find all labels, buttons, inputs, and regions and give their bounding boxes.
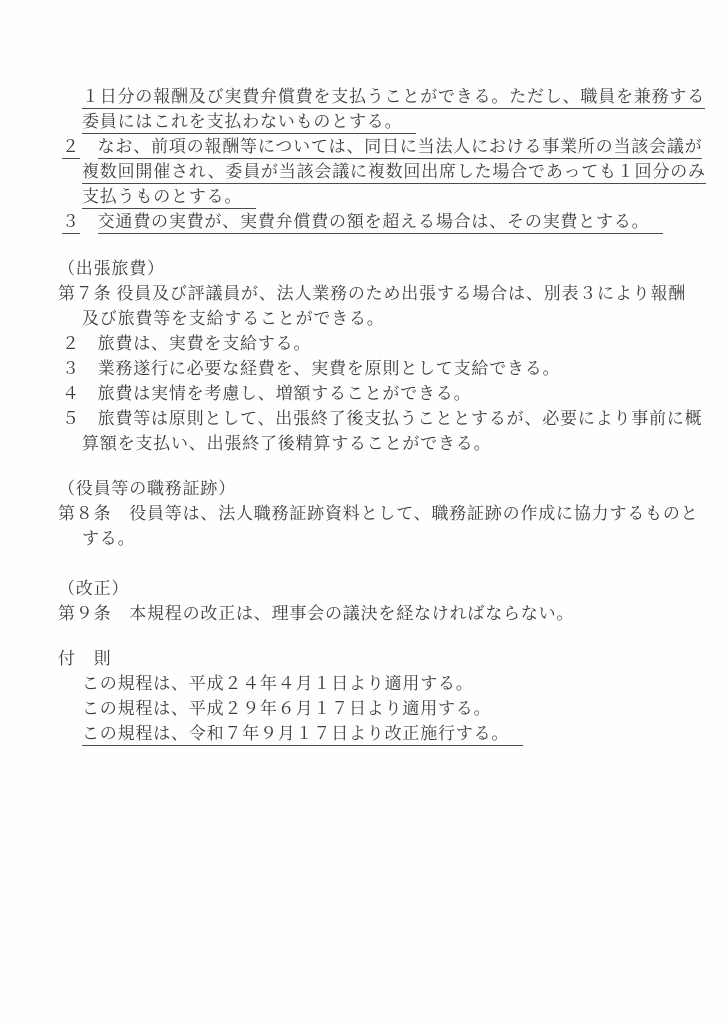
line-text: 支払うものとする。 <box>82 187 256 209</box>
clause-fee-payment-underlined: １日分の報酬及び実費弁償費を支払うことができる。ただし、職員を兼務する委員にはこ… <box>0 84 725 234</box>
line-text: ５ 旅費等は原則として、出張終了後支払うこととするが、必要により事前に概 <box>62 409 702 428</box>
text-line: ３ 業務遂行に必要な経費を、実費を原則として支給できる。 <box>62 356 725 381</box>
item-number-spacer <box>80 212 98 231</box>
line-text: 委員にはこれを支払わないものとする。 <box>82 112 416 134</box>
supplementary-provisions: 付 則この規程は、平成２４年４月１日より適用する。この規程は、平成２９年６月１７… <box>0 646 725 746</box>
line-text: １日分の報酬及び実費弁償費を支払うことができる。ただし、職員を兼務する <box>82 87 705 109</box>
text-line: ５ 旅費等は原則として、出張終了後支払うこととするが、必要により事前に概 <box>62 406 725 431</box>
text-line: 第８条 役員等は、法人職務証跡資料として、職務証跡の作成に協力するものと <box>58 501 725 526</box>
document-lines: １日分の報酬及び実費弁償費を支払うことができる。ただし、職員を兼務する委員にはこ… <box>0 0 725 746</box>
text-line: この規程は、平成２９年６月１７日より適用する。 <box>82 696 725 721</box>
text-line: ４ 旅費は実情を考慮し、増額することができる。 <box>62 381 725 406</box>
line-text: する。 <box>82 529 135 548</box>
text-line: 及び旅費等を支給することができる。 <box>82 306 725 331</box>
item-number: ２ <box>62 137 80 159</box>
item-number: ３ <box>62 212 80 234</box>
text-line: 算額を支払い、出張終了後精算することができる。 <box>82 431 725 456</box>
line-text: なお、前項の報酬等については、同日に当法人における事業所の当該会議が <box>98 137 703 159</box>
line-text: この規程は、平成２９年６月１７日より適用する。 <box>82 699 491 718</box>
line-text: （役員等の職務証跡） <box>58 479 236 498</box>
line-text: 及び旅費等を支給することができる。 <box>82 309 385 328</box>
line-text: （改正） <box>58 579 129 598</box>
text-line: 支払うものとする。 <box>82 184 725 209</box>
line-text: この規程は、平成２４年４月１日より適用する。 <box>82 674 474 693</box>
line-text: この規程は、令和７年９月１７日より改正施行する。 <box>82 724 523 746</box>
line-text: 第８条 役員等は、法人職務証跡資料として、職務証跡の作成に協力するものと <box>58 504 698 523</box>
line-text: ３ 業務遂行に必要な経費を、実費を原則として支給できる。 <box>62 359 560 378</box>
text-line: ３ 交通費の実費が、実費弁償費の額を超える場合は、その実費とする。 <box>62 209 725 234</box>
article-8-duty-records: （役員等の職務証跡）第８条 役員等は、法人職務証跡資料として、職務証跡の作成に協… <box>0 476 725 551</box>
line-text: 算額を支払い、出張終了後精算することができる。 <box>82 434 491 453</box>
text-line: する。 <box>82 526 725 551</box>
scanned-document-page: １日分の報酬及び実費弁償費を支払うことができる。ただし、職員を兼務する委員にはこ… <box>0 0 725 1024</box>
text-line: （改正） <box>58 576 725 601</box>
line-text: 第９条 本規程の改正は、理事会の議決を経なければならない。 <box>58 604 574 623</box>
line-text: 交通費の実費が、実費弁償費の額を超える場合は、その実費とする。 <box>98 212 664 234</box>
line-text: 付 則 <box>58 649 111 668</box>
text-line: この規程は、令和７年９月１７日より改正施行する。 <box>82 721 725 746</box>
line-text: （出張旅費） <box>58 259 165 278</box>
line-text: 複数回開催され、委員が当該会議に複数回出席した場合であっても１回分のみ <box>82 162 706 184</box>
text-line: 第９条 本規程の改正は、理事会の議決を経なければならない。 <box>58 601 725 626</box>
article-9-amendment: （改正）第９条 本規程の改正は、理事会の議決を経なければならない。 <box>0 576 725 626</box>
text-line: この規程は、平成２４年４月１日より適用する。 <box>82 671 725 696</box>
text-line: （出張旅費） <box>58 256 725 281</box>
item-number-spacer <box>80 137 98 156</box>
text-line: １日分の報酬及び実費弁償費を支払うことができる。ただし、職員を兼務する <box>82 84 725 109</box>
line-text: ４ 旅費は実情を考慮し、増額することができる。 <box>62 384 471 403</box>
text-line: ２ 旅費は、実費を支給する。 <box>62 331 725 356</box>
text-line: ２ なお、前項の報酬等については、同日に当法人における事業所の当該会議が <box>62 134 725 159</box>
text-line: 付 則 <box>58 646 725 671</box>
article-7-business-trip-expenses: （出張旅費）第７条 役員及び評議員が、法人業務のため出張する場合は、別表３により… <box>0 256 725 456</box>
line-text: ２ 旅費は、実費を支給する。 <box>62 334 311 353</box>
text-line: 委員にはこれを支払わないものとする。 <box>82 109 725 134</box>
line-text: 第７条 役員及び評議員が、法人業務のため出張する場合は、別表３により報酬 <box>58 284 686 303</box>
text-line: （役員等の職務証跡） <box>58 476 725 501</box>
text-line: 第７条 役員及び評議員が、法人業務のため出張する場合は、別表３により報酬 <box>58 281 725 306</box>
text-line: 複数回開催され、委員が当該会議に複数回出席した場合であっても１回分のみ <box>82 159 725 184</box>
